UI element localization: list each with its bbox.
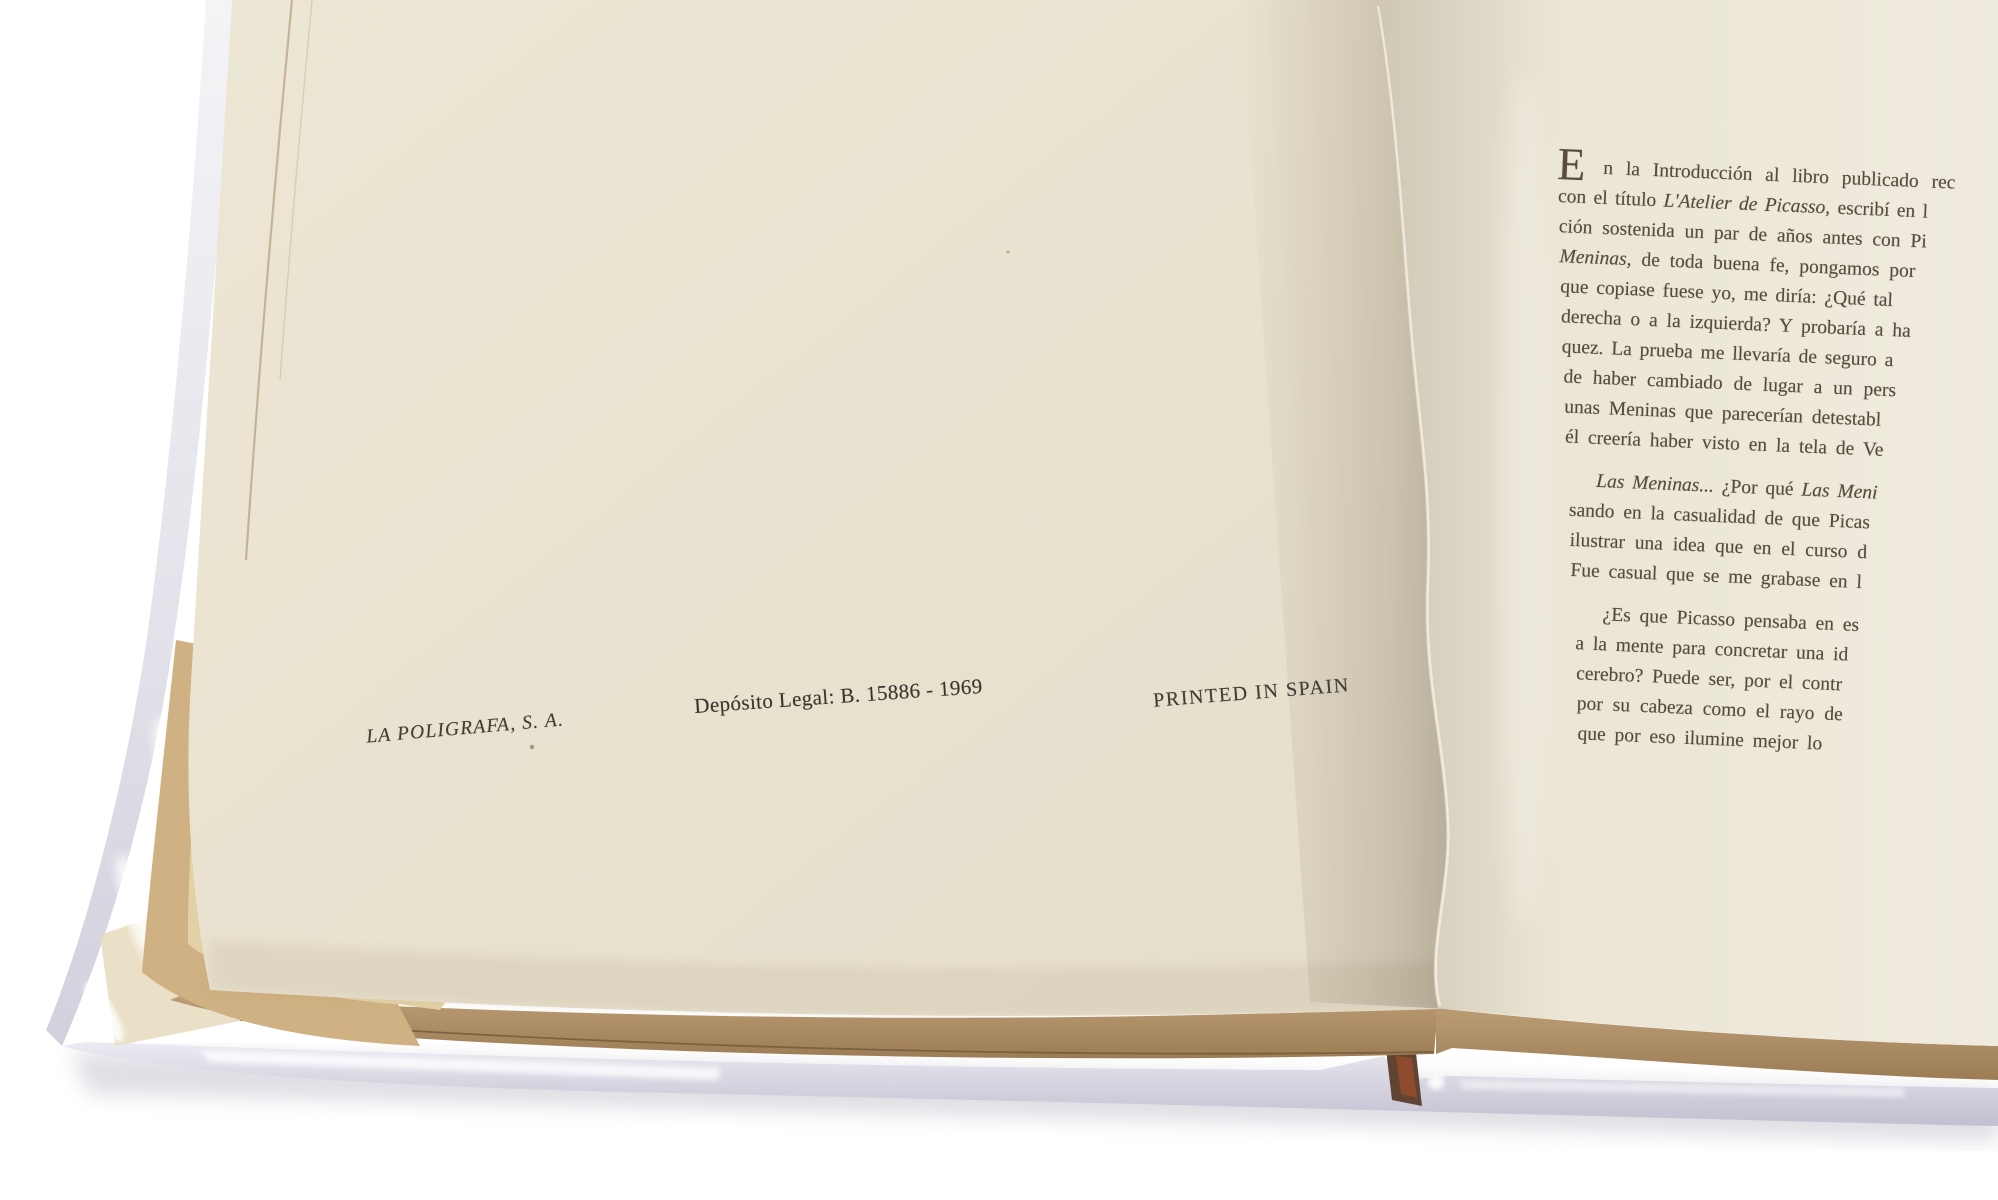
dust-speck <box>530 745 534 749</box>
line-segment: , escribí en l <box>1825 197 1929 222</box>
line-segment-italic: Meninas, <box>1559 246 1632 270</box>
plastic-glint <box>1428 1074 1444 1090</box>
dropcap-letter: E <box>1557 141 1587 188</box>
line-segment: ¿Por qué <box>1714 476 1802 501</box>
line-segment-italic: Las Meni <box>1801 479 1878 503</box>
line-segment: con el título <box>1558 186 1664 211</box>
line-segment-italic: L'Atelier de Picasso <box>1663 190 1826 218</box>
dust-speck <box>1006 250 1010 254</box>
book-photo: LA POLIGRAFA, S. A. Depósito Legal: B. 1… <box>0 0 1998 1200</box>
line-segment-italic: Las Meninas... <box>1596 471 1715 497</box>
right-page-text: E n la Introducción al libro publicado r… <box>1533 152 1998 767</box>
